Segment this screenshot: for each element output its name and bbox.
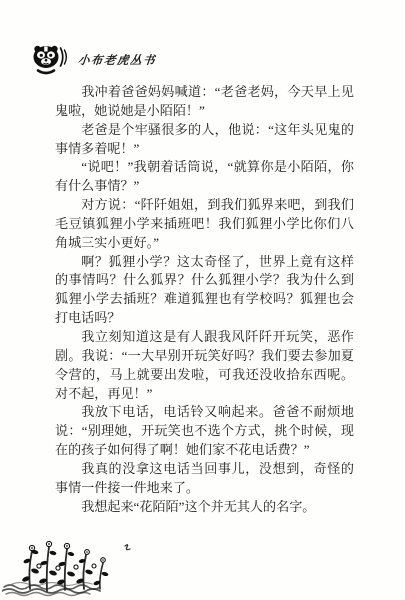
body-paragraph: 对方说：“阡阡姐姐，到我们狐界来吧，到我们毛豆镇狐狸小学来插班吧！我们狐狸小学比… (55, 196, 354, 253)
body-paragraph: 我放下电话，电话铃又响起来。爸爸不耐烦地说：“别理她，开玩笑也不选个方式，挑个时… (55, 403, 354, 460)
body-text: 我冲着爸爸妈妈喊道：“老爸老妈，今天早上见鬼啦，她说她是小陌陌！” 老爸是个牢骚… (55, 83, 354, 516)
body-paragraph: “说吧！”我朝着话筒说，“就算你是小陌陌，你有什么事情？” (55, 158, 354, 196)
body-paragraph: 我真的没拿这电话当回事儿，没想到，奇怪的事情一件接一件地来了。 (55, 460, 354, 498)
body-paragraph: 啊？狐狸小学？这太奇怪了，世界上竟有这样的事情吗？什么狐界？什么狐狸小学？我为什… (55, 253, 354, 328)
plant-sketch-icon (2, 539, 142, 597)
body-paragraph: 我冲着爸爸妈妈喊道：“老爸老妈，今天早上见鬼啦，她说她是小陌陌！” (55, 83, 354, 121)
book-page: 小布老虎丛书 我冲着爸爸妈妈喊道：“老爸老妈，今天早上见鬼啦，她说她是小陌陌！”… (0, 0, 405, 600)
series-header: 小布老虎丛书 (31, 44, 156, 76)
body-paragraph: 我立刻知道这是有人跟我风阡阡开玩笑，恶作剧。我说：“一大早别开玩笑好吗？我们要去… (55, 328, 354, 403)
series-title: 小布老虎丛书 (77, 52, 157, 68)
body-paragraph: 我想起来“花陌陌”这个并无其人的名字。 (55, 498, 354, 517)
tiger-face-icon (31, 44, 71, 76)
body-paragraph: 老爸是个牢骚很多的人，他说：“这年头见鬼的事情多着呢！” (55, 121, 354, 159)
